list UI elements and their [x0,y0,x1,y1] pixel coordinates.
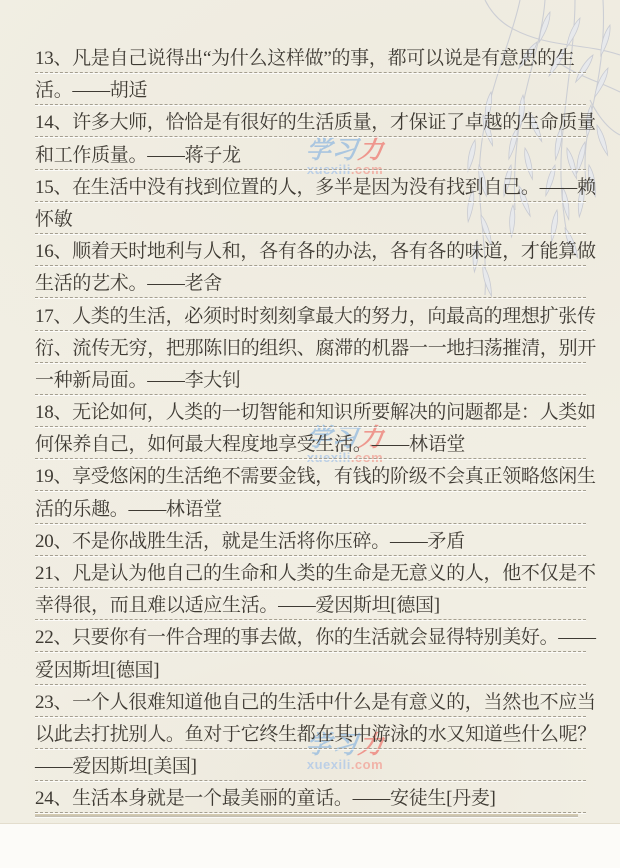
quote-line-text: 15、在生活中没有找到位置的人，多半是因为没有找到自己。——赖 [35,175,586,200]
quote-line: 23、一个人很难知道他自己的生活中什么是有意义的，当然也不应当 [35,690,586,722]
quote-line: 22、只要你有一件合理的事去做，你的生活就会显得特别美好。—— [35,625,586,657]
quote-line-text: 21、凡是认为他自己的生命和人类的生命是无意义的人，他不仅是不 [35,561,586,586]
quote-line: 20、不是你战胜生活，就是生活将你压碎。——矛盾 [35,529,586,561]
quote-line: 生活的艺术。——老舍 [35,271,586,303]
quote-line-text: 14、许多大师，恰恰是有很好的生活质量，才保证了卓越的生命质量 [35,110,586,135]
quote-line: 13、凡是自己说得出“为什么这样做”的事，都可以说是有意思的生 [35,46,586,78]
quote-line-text: 衍、流传无穷，把那陈旧的组织、腐滞的机器一一地扫荡摧清，别开 [35,336,586,361]
quote-line: 怀敏 [35,207,586,239]
quote-line-text: 何保养自己，如何最大程度地享受生活。——林语堂 [35,432,586,457]
quote-line-text: 19、享受悠闲的生活绝不需要金钱，有钱的阶级不会真正领略悠闲生 [35,464,586,489]
quote-line: 一种新局面。——李大钊 [35,368,586,400]
quote-line-text: 怀敏 [35,207,586,232]
page-bottom-margin [0,824,620,868]
quote-line: 16、顺着天时地利与人和，各有各的办法，各有各的味道，才能算做 [35,239,586,271]
quote-line-text: 幸得很，而且难以适应生活。——爱因斯坦[德国] [35,593,586,618]
quote-line: 19、享受悠闲的生活绝不需要金钱，有钱的阶级不会真正领略悠闲生 [35,464,586,496]
quote-line-text: 22、只要你有一件合理的事去做，你的生活就会显得特别美好。—— [35,625,586,650]
quote-line-text: 24、生活本身就是一个最美丽的童话。——安徒生[丹麦] [35,786,586,811]
quote-line-text: 17、人类的生活，必须时时刻刻拿最大的努力，向最高的理想扩张传 [35,304,586,329]
paper-background: 学习力 xuexili.com 学习力 xuexili.com 学习力 xuex… [0,0,620,824]
quote-line: 14、许多大师，恰恰是有很好的生活质量，才保证了卓越的生命质量 [35,110,586,142]
bottom-divider [35,814,578,817]
quote-line: 17、人类的生活，必须时时刻刻拿最大的努力，向最高的理想扩张传 [35,304,586,336]
quote-line: 爱因斯坦[德国] [35,658,586,690]
page: 学习力 xuexili.com 学习力 xuexili.com 学习力 xuex… [0,0,620,868]
quote-line: 活的乐趣。——林语堂 [35,497,586,529]
quote-list: 13、凡是自己说得出“为什么这样做”的事，都可以说是有意思的生活。——胡适14、… [35,46,586,819]
quote-line-text: 活。——胡适 [35,78,586,103]
quote-line: 18、无论如何，人类的一切智能和知识所要解决的问题都是：人类如 [35,400,586,432]
quote-line: 幸得很，而且难以适应生活。——爱因斯坦[德国] [35,593,586,625]
quote-line: 21、凡是认为他自己的生命和人类的生命是无意义的人，他不仅是不 [35,561,586,593]
quote-line: 活。——胡适 [35,78,586,110]
quote-line: 衍、流传无穷，把那陈旧的组织、腐滞的机器一一地扫荡摧清，别开 [35,336,586,368]
quote-line: 15、在生活中没有找到位置的人，多半是因为没有找到自己。——赖 [35,175,586,207]
quote-line-text: 18、无论如何，人类的一切智能和知识所要解决的问题都是：人类如 [35,400,586,425]
quote-line-text: 生活的艺术。——老舍 [35,271,586,296]
quote-line-text: ——爱因斯坦[美国] [35,754,586,779]
quote-line-text: 一种新局面。——李大钊 [35,368,586,393]
quote-line-text: 以此去打扰别人。鱼对于它终生都在其中游泳的水又知道些什么呢？ [35,722,586,747]
quote-line-text: 20、不是你战胜生活，就是生活将你压碎。——矛盾 [35,529,586,554]
quote-line: ——爱因斯坦[美国] [35,754,586,786]
quote-line-text: 爱因斯坦[德国] [35,658,586,683]
quote-line: 以此去打扰别人。鱼对于它终生都在其中游泳的水又知道些什么呢？ [35,722,586,754]
quote-line: 和工作质量。——蒋子龙 [35,143,586,175]
quote-line-text: 23、一个人很难知道他自己的生活中什么是有意义的，当然也不应当 [35,690,586,715]
quote-line-text: 16、顺着天时地利与人和，各有各的办法，各有各的味道，才能算做 [35,239,586,264]
quote-line: 何保养自己，如何最大程度地享受生活。——林语堂 [35,432,586,464]
quote-line-text: 和工作质量。——蒋子龙 [35,143,586,168]
quote-line-text: 13、凡是自己说得出“为什么这样做”的事，都可以说是有意思的生 [35,46,586,71]
quote-line-text: 活的乐趣。——林语堂 [35,497,586,522]
